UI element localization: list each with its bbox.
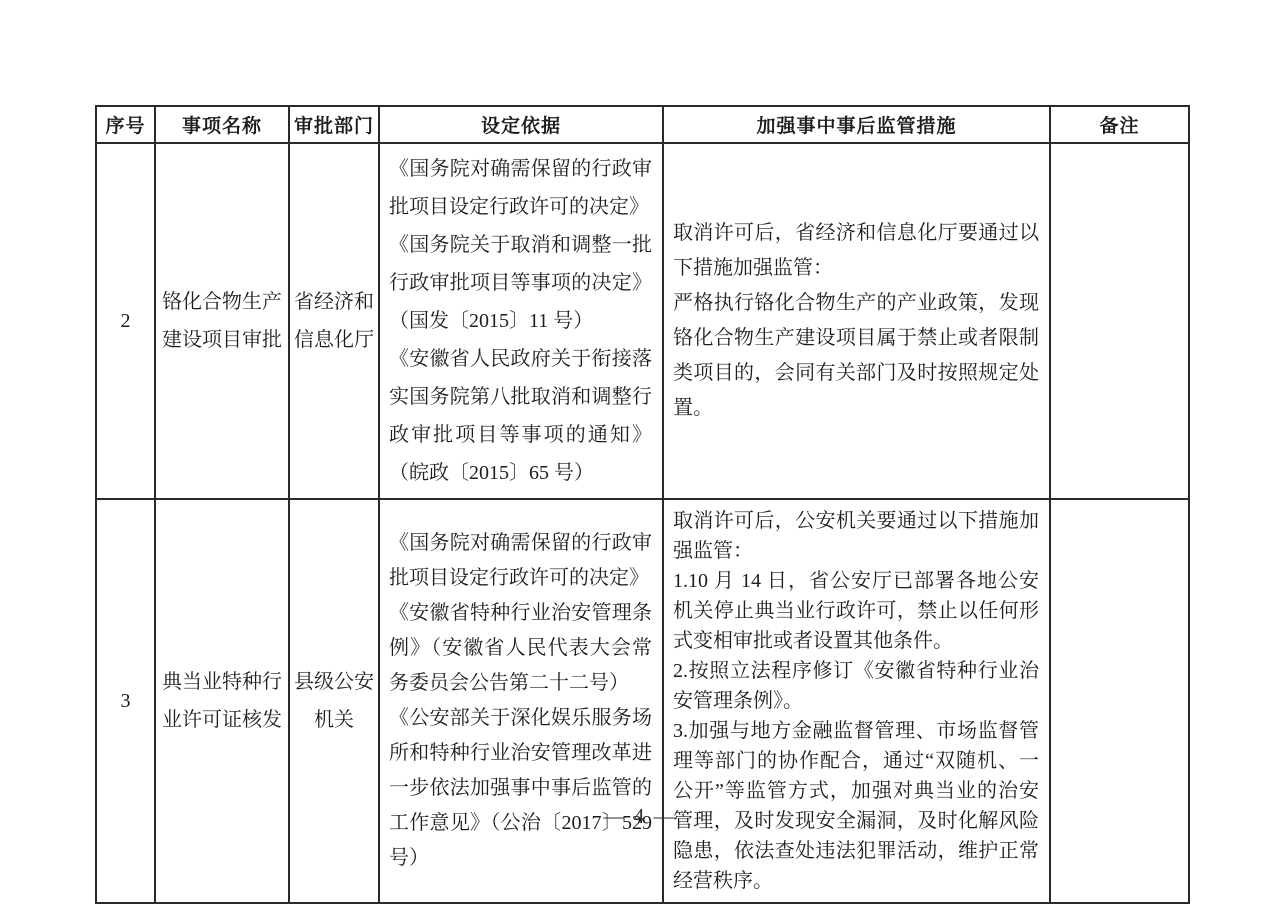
basis-paragraph: 《国务院对确需保留的行政审批项目设定行政许可的决定》 xyxy=(389,526,652,596)
col-header-measures: 加强事中事后监管措施 xyxy=(663,106,1050,143)
measures-paragraph: 取消许可后，公安机关要通过以下措施加强监管： xyxy=(673,506,1039,566)
cell-index: 3 xyxy=(96,499,155,903)
supervision-measures-table: 序号 事项名称 审批部门 设定依据 加强事中事后监管措施 备注 2 铬化合物生产… xyxy=(95,105,1190,904)
cell-department: 县级公安机关 xyxy=(289,499,379,903)
basis-paragraph: 《国务院对确需保留的行政审批项目设定行政许可的决定》 xyxy=(389,150,652,226)
table-row: 3 典当业特种行业许可证核发 县级公安机关 《国务院对确需保留的行政审批项目设定… xyxy=(96,499,1189,903)
cell-measures: 取消许可后，公安机关要通过以下措施加强监管： 1.10 月 14 日，省公安厅已… xyxy=(663,499,1050,903)
cell-item-name: 铬化合物生产建设项目审批 xyxy=(155,143,289,499)
measures-paragraph: 2.按照立法程序修订《安徽省特种行业治安管理条例》。 xyxy=(673,656,1039,716)
cell-measures: 取消许可后，省经济和信息化厅要通过以下措施加强监管： 严格执行铬化合物生产的产业… xyxy=(663,143,1050,499)
cell-basis: 《国务院对确需保留的行政审批项目设定行政许可的决定》 《国务院关于取消和调整一批… xyxy=(379,143,663,499)
page-number: — 4 — xyxy=(0,804,1280,829)
cell-item-name: 典当业特种行业许可证核发 xyxy=(155,499,289,903)
measures-paragraph: 取消许可后，省经济和信息化厅要通过以下措施加强监管： xyxy=(673,216,1039,286)
basis-paragraph: 《公安部关于深化娱乐服务场所和特种行业治安管理改革进一步依法加强事中事后监管的工… xyxy=(389,701,652,876)
basis-paragraph: 《安徽省人民政府关于衔接落实国务院第八批取消和调整行政审批项目等事项的通知》（皖… xyxy=(389,340,652,492)
measures-paragraph: 1.10 月 14 日，省公安厅已部署各地公安机关停止典当业行政许可，禁止以任何… xyxy=(673,566,1039,656)
cell-department: 省经济和信息化厅 xyxy=(289,143,379,499)
col-header-basis: 设定依据 xyxy=(379,106,663,143)
document-page: 序号 事项名称 审批部门 设定依据 加强事中事后监管措施 备注 2 铬化合物生产… xyxy=(0,0,1280,905)
basis-paragraph: 《国务院关于取消和调整一批行政审批项目等事项的决定》（国发〔2015〕11 号） xyxy=(389,226,652,340)
cell-remark xyxy=(1050,499,1189,903)
cell-remark xyxy=(1050,143,1189,499)
col-header-department: 审批部门 xyxy=(289,106,379,143)
measures-paragraph: 严格执行铬化合物生产的产业政策，发现铬化合物生产建设项目属于禁止或者限制类项目的… xyxy=(673,286,1039,426)
col-header-index: 序号 xyxy=(96,106,155,143)
basis-paragraph: 《安徽省特种行业治安管理条例》（安徽省人民代表大会常务委员会公告第二十二号） xyxy=(389,596,652,701)
table-header-row: 序号 事项名称 审批部门 设定依据 加强事中事后监管措施 备注 xyxy=(96,106,1189,143)
col-header-remark: 备注 xyxy=(1050,106,1189,143)
cell-basis: 《国务院对确需保留的行政审批项目设定行政许可的决定》 《安徽省特种行业治安管理条… xyxy=(379,499,663,903)
table-row: 2 铬化合物生产建设项目审批 省经济和信息化厅 《国务院对确需保留的行政审批项目… xyxy=(96,143,1189,499)
col-header-item-name: 事项名称 xyxy=(155,106,289,143)
cell-index: 2 xyxy=(96,143,155,499)
